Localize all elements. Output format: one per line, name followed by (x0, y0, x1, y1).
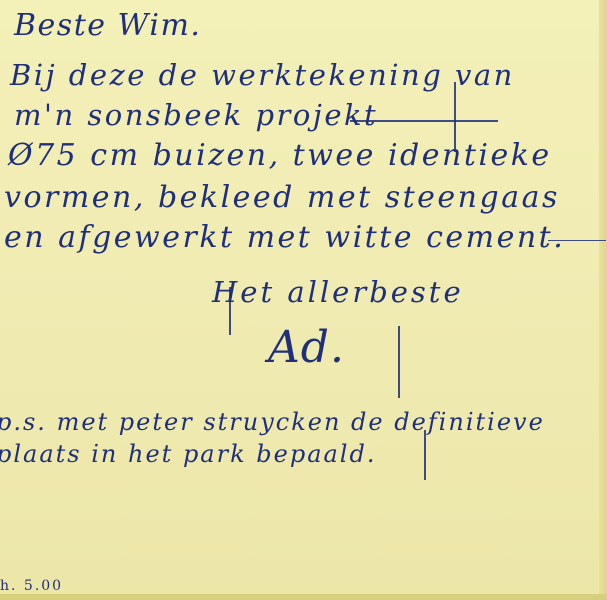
paper-bottom-edge (0, 594, 607, 600)
closing: Het allerbeste (212, 275, 464, 309)
price-note: h. 5.00 (0, 578, 63, 594)
body-line-5: en afgewerkt met witte cement. (4, 220, 565, 255)
ps-descender-stroke (424, 430, 426, 480)
body-line-3: Ø75 cm buizen, twee identieke (8, 138, 552, 173)
closing-h-stroke (229, 287, 231, 335)
signature-stroke (398, 326, 400, 398)
postscript-line-1: p.s. met peter struycken de definitieve (0, 408, 545, 436)
body-line-2: m'n sonsbeek projekt (14, 98, 378, 132)
body-line-4: vormen, bekleed met steengaas (4, 180, 560, 215)
trailing-stroke (548, 240, 606, 241)
signature: Ad. (268, 322, 345, 373)
postscript-line-2: plaats in het park bepaald. (0, 440, 376, 468)
body-line-1: Bij deze de werktekening van (10, 58, 515, 92)
paper-edge (599, 0, 607, 600)
greeting: Beste Wim. (14, 8, 201, 43)
underline-stroke (350, 120, 498, 122)
